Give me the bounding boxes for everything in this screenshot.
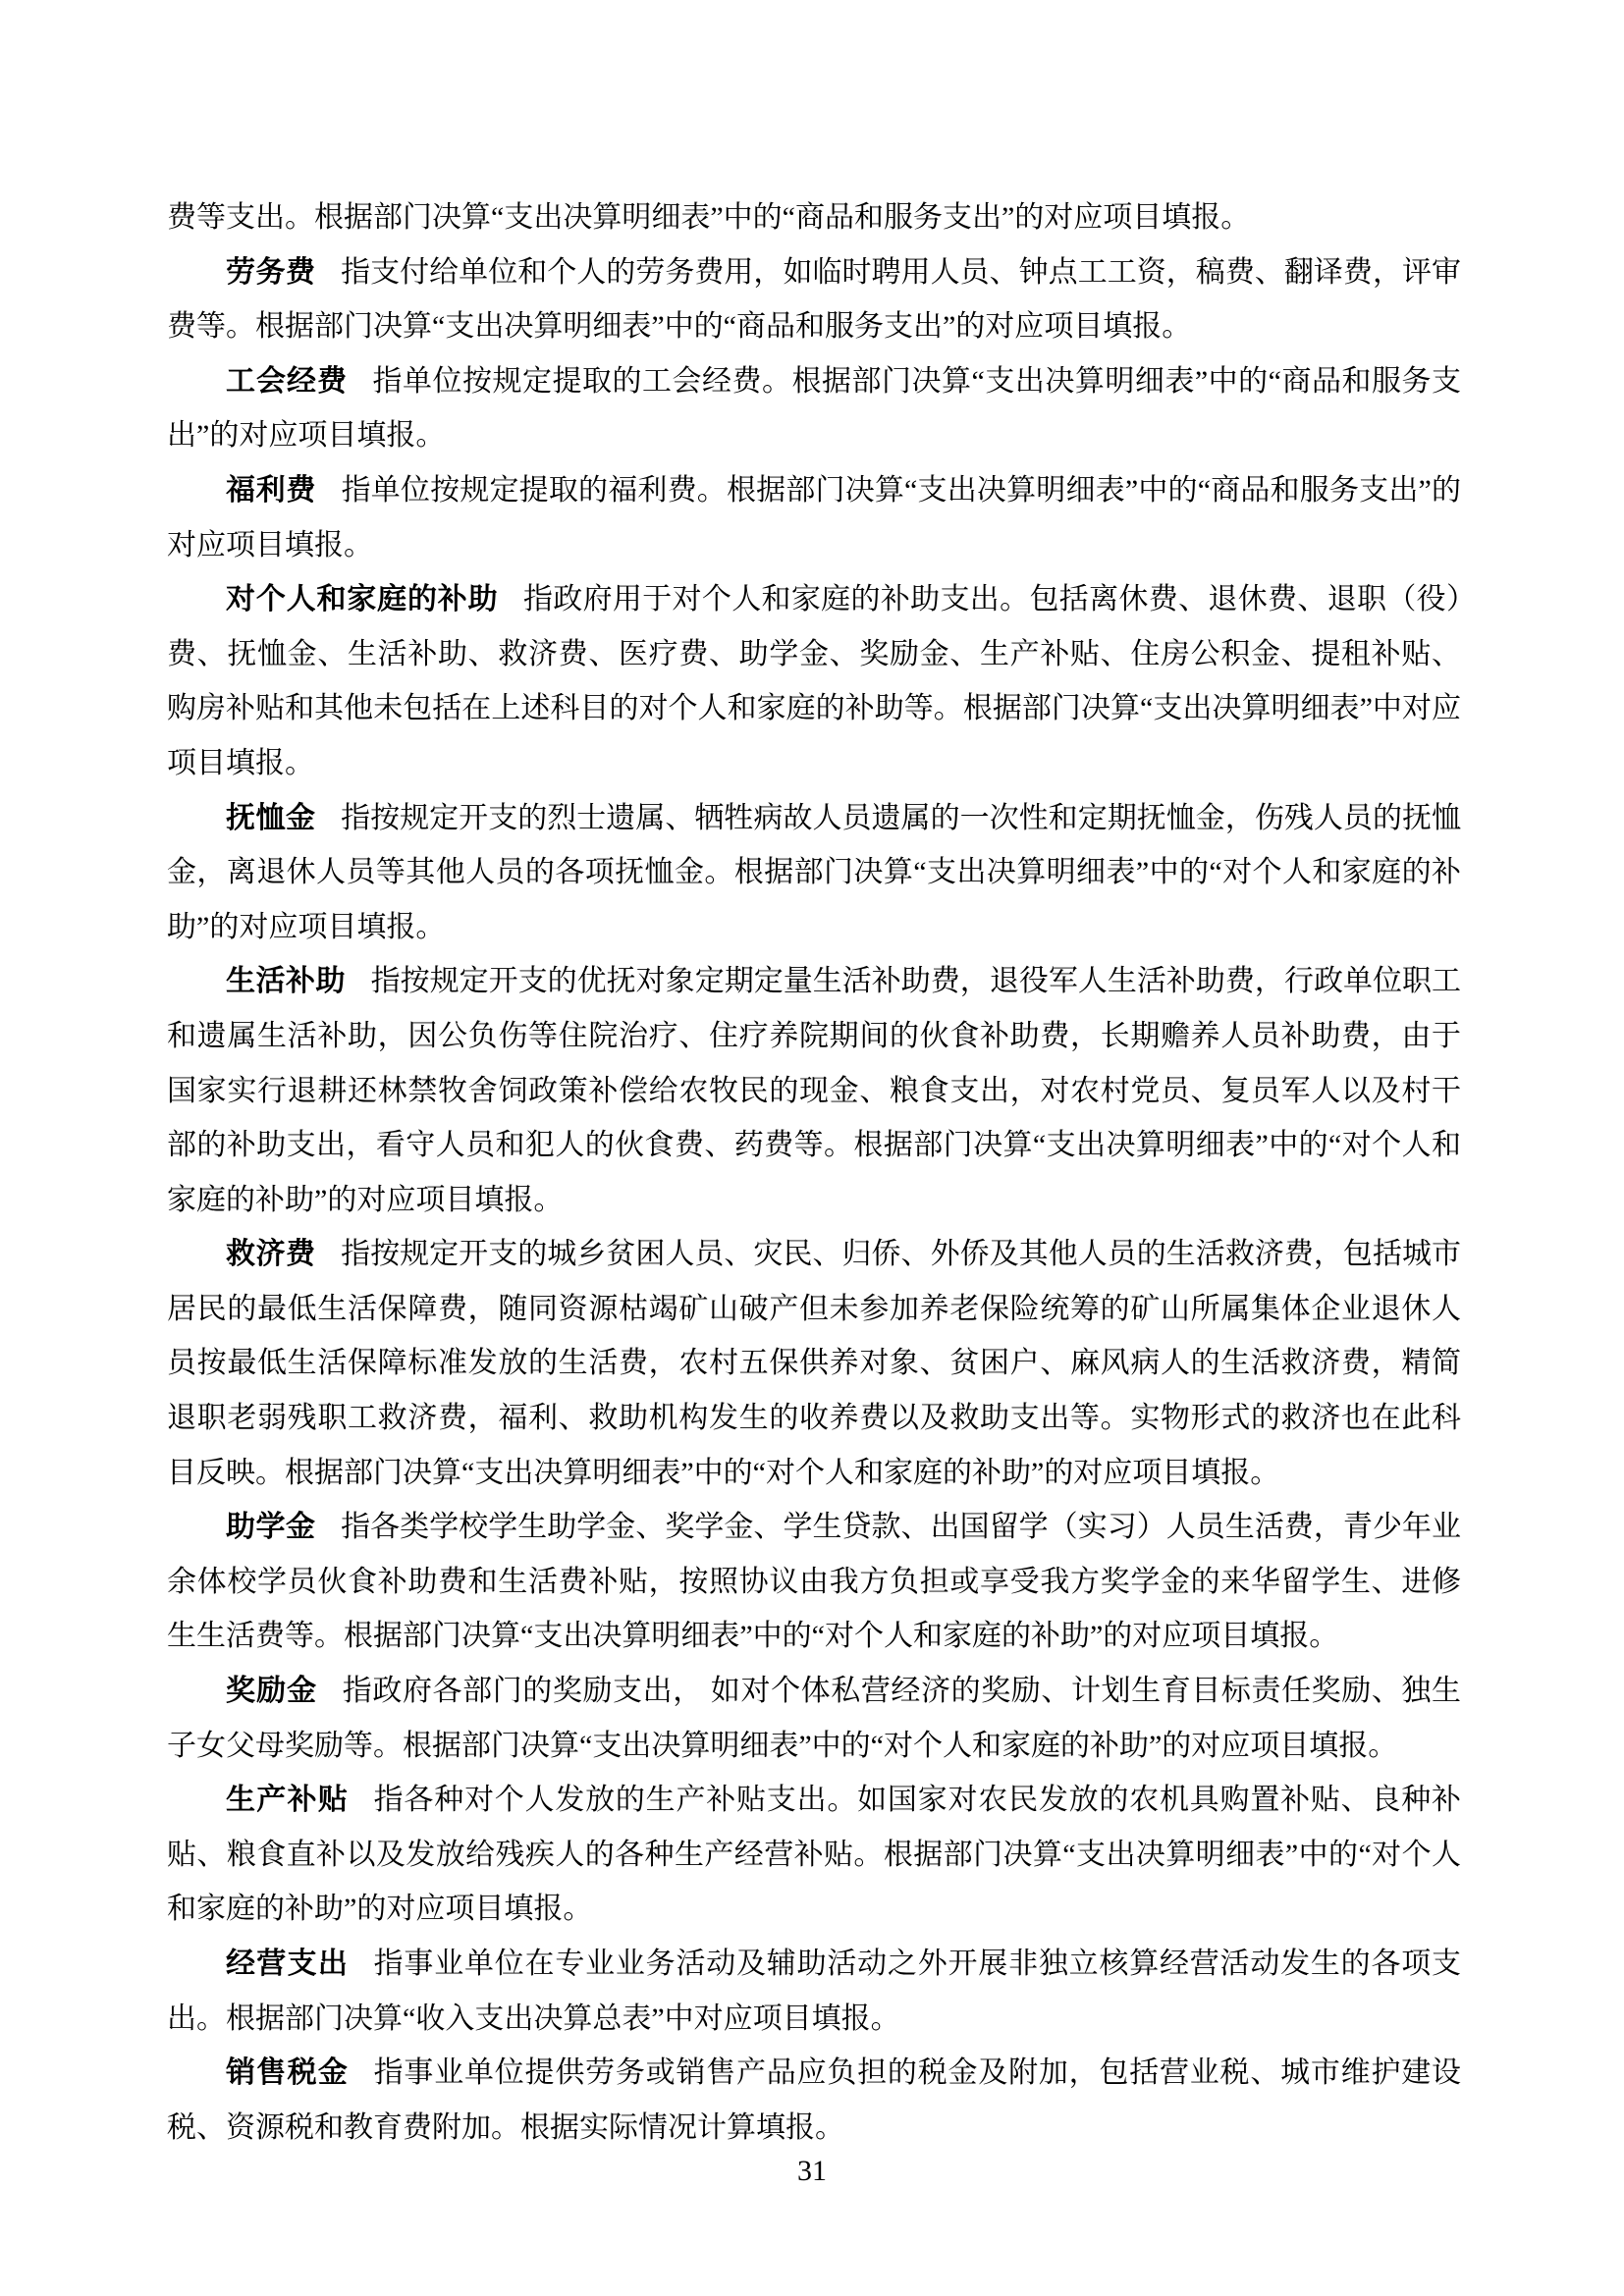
term-label: 经营支出 [226, 1947, 349, 1981]
paragraph-text: 指各类学校学生助学金、奖学金、学生贷款、出国留学（实习）人员生活费，青少年业余体… [167, 1511, 1461, 1652]
term-label: 生活补助 [226, 964, 346, 998]
page-number: 31 [0, 2154, 1624, 2189]
term-label: 生产补贴 [226, 1783, 349, 1817]
paragraph-text: 指事业单位提供劳务或销售产品应负担的税金及附加，包括营业税、城市维护建设税、资源… [167, 2056, 1461, 2144]
term-label: 福利费 [226, 473, 316, 507]
text-block: 费等支出。根据部门决算“支出决算明细表”中的“商品和服务支出”的对应项目填报。劳… [167, 190, 1461, 2155]
term-label: 助学金 [226, 1510, 316, 1544]
paragraph-text: 指按规定开支的城乡贫困人员、灾民、归侨、外侨及其他人员的生活救济费，包括城市居民… [167, 1238, 1461, 1488]
term-label: 救济费 [226, 1237, 316, 1271]
paragraph-text: 指按规定开支的优抚对象定期定量生活补助费，退役军人生活补助费，行政单位职工和遗属… [167, 965, 1461, 1215]
paragraph: 生活补助指按规定开支的优抚对象定期定量生活补助费，退役军人生活补助费，行政单位职… [167, 954, 1461, 1227]
paragraph-text: 指事业单位在专业业务活动及辅助活动之外开展非独立核算经营活动发生的各项支出。根据… [167, 1948, 1461, 2035]
paragraph-text: 指各种对个人发放的生产补贴支出。如国家对农民发放的农机具购置补贴、良种补贴、粮食… [167, 1784, 1461, 1925]
paragraph: 经营支出指事业单位在专业业务活动及辅助活动之外开展非独立核算经营活动发生的各项支… [167, 1937, 1461, 2046]
paragraph: 对个人和家庭的补助指政府用于对个人和家庭的补助支出。包括离休费、退休费、退职（役… [167, 572, 1461, 790]
paragraph: 劳务费指支付给单位和个人的劳务费用，如临时聘用人员、钟点工工资，稿费、翻译费，评… [167, 245, 1461, 354]
term-label: 工会经费 [226, 364, 348, 399]
term-label: 抚恤金 [226, 801, 316, 835]
paragraph-text: 指按规定开支的烈士遗属、牺牲病故人员遗属的一次性和定期抚恤金，伤残人员的抚恤金，… [167, 802, 1461, 943]
paragraph: 销售税金指事业单位提供劳务或销售产品应负担的税金及附加，包括营业税、城市维护建设… [167, 2046, 1461, 2155]
paragraph: 奖励金指政府各部门的奖励支出， 如对个体私营经济的奖励、计划生育目标责任奖励、独… [167, 1664, 1461, 1773]
paragraph: 生产补贴指各种对个人发放的生产补贴支出。如国家对农民发放的农机具购置补贴、良种补… [167, 1773, 1461, 1937]
term-label: 对个人和家庭的补助 [226, 582, 498, 616]
paragraph: 抚恤金指按规定开支的烈士遗属、牺牲病故人员遗属的一次性和定期抚恤金，伤残人员的抚… [167, 791, 1461, 955]
term-label: 劳务费 [226, 255, 316, 290]
paragraph-text: 指单位按规定提取的福利费。根据部门决算“支出决算明细表”中的“商品和服务支出”的… [167, 474, 1461, 561]
paragraph-text: 费等支出。根据部门决算“支出决算明细表”中的“商品和服务支出”的对应项目填报。 [167, 201, 1250, 234]
term-label: 销售税金 [226, 2056, 349, 2090]
paragraph-text: 指支付给单位和个人的劳务费用，如临时聘用人员、钟点工工资，稿费、翻译费，评审费等… [167, 256, 1461, 344]
document-page: 费等支出。根据部门决算“支出决算明细表”中的“商品和服务支出”的对应项目填报。劳… [0, 0, 1624, 2296]
paragraph: 救济费指按规定开支的城乡贫困人员、灾民、归侨、外侨及其他人员的生活救济费，包括城… [167, 1227, 1461, 1500]
paragraph: 助学金指各类学校学生助学金、奖学金、学生贷款、出国留学（实习）人员生活费，青少年… [167, 1500, 1461, 1664]
paragraph: 福利费指单位按规定提取的福利费。根据部门决算“支出决算明细表”中的“商品和服务支… [167, 463, 1461, 572]
paragraph-text: 指单位按规定提取的工会经费。根据部门决算“支出决算明细表”中的“商品和服务支出”… [167, 365, 1461, 453]
paragraph-text: 指政府各部门的奖励支出， 如对个体私营经济的奖励、计划生育目标责任奖励、独生子女… [167, 1675, 1461, 1762]
paragraph: 费等支出。根据部门决算“支出决算明细表”中的“商品和服务支出”的对应项目填报。 [167, 190, 1461, 245]
term-label: 奖励金 [226, 1674, 317, 1708]
paragraph: 工会经费指单位按规定提取的工会经费。根据部门决算“支出决算明细表”中的“商品和服… [167, 354, 1461, 463]
